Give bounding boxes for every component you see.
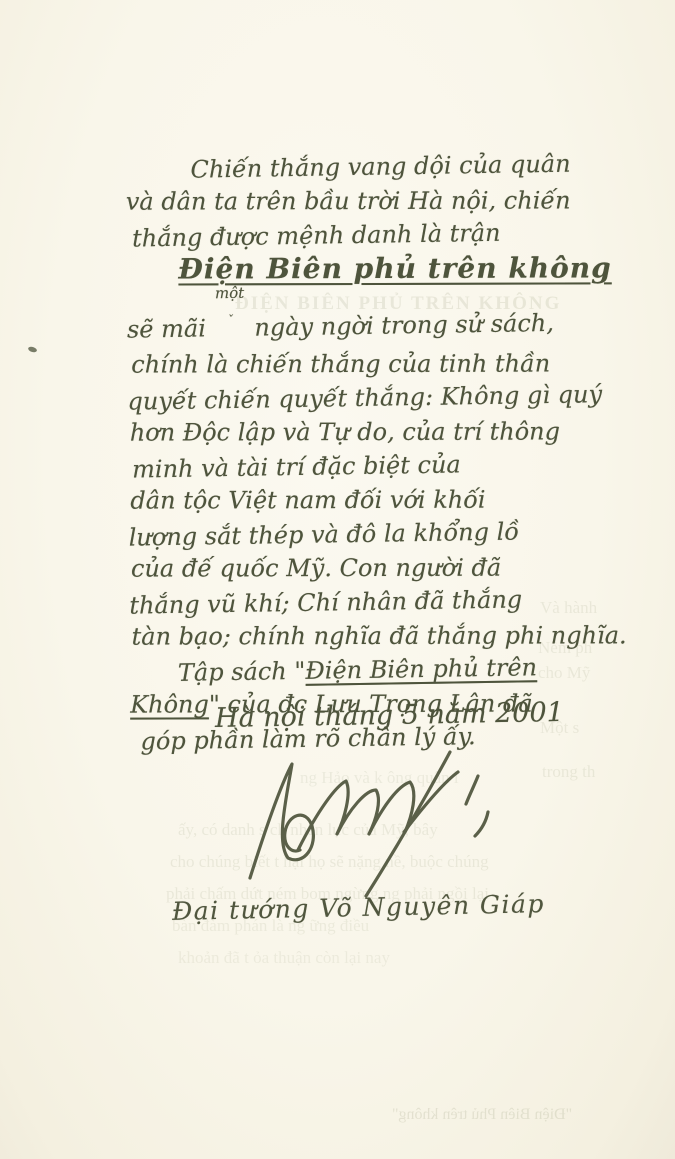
handwriting-segment: của đế quốc Mỹ. Con người đã	[131, 554, 501, 583]
handwriting-segment: Chiến thắng vang dội của quân	[190, 150, 570, 184]
handwriting-segment: lượng sắt thép và đô la khổng lồ	[129, 517, 520, 551]
handwritten-name-line: Đại tướng Võ Nguyên Giáp	[172, 889, 545, 926]
handwriting-line: và dân ta trên bầu trời Hà nội, chiến	[126, 183, 586, 218]
handwriting-line: lượng sắt thép và đô la khổng lồ	[128, 513, 588, 554]
handwriting-line: minh và tài trí đặc biệt của	[128, 445, 588, 486]
inserted-word: một	[215, 276, 245, 337]
handwriting-line: dân tộc Việt nam đối với khối	[128, 482, 588, 517]
handwriting-line: thắng được mệnh danh là trận	[126, 214, 586, 255]
handwriting-segment: ngày ngời trong sử sách,	[247, 309, 554, 342]
bleedthrough-text: khoản đã t ỏa thuận còn lại nay	[178, 948, 390, 968]
handwriting-segment: tàn bạo; chính nghĩa đã thắng phi nghĩa.	[132, 621, 627, 650]
handwriting-line: hơn Độc lập và Tự do, của trí thông	[128, 414, 588, 449]
indent-spacer	[126, 178, 191, 179]
handwriting-segment: hơn Độc lập và Tự do, của trí thông	[130, 417, 560, 446]
handwriting-line: sẽ mãi một ngày ngời trong sử sách,	[126, 282, 587, 350]
bleedthrough-text: trong th	[542, 762, 595, 782]
handwritten-date-line: Hà nội tháng 5 năm 2001	[215, 697, 564, 734]
handwriting-line: quyết chiến quyết thắng: Không gì quý	[127, 377, 587, 418]
handwriting-segment: và dân ta trên bầu trời Hà nội, chiến	[126, 186, 571, 215]
underlined-phrase: Không	[130, 690, 209, 718]
handwriting-segment: thắng vũ khí; Chí nhân đã thắng	[129, 585, 522, 619]
underlined-phrase: Điện Biên phủ trên	[305, 653, 537, 685]
signature-flourish	[238, 748, 548, 898]
handwriting-line: tàn bạo; chính nghĩa đã thắng phi nghĩa.	[130, 618, 590, 653]
handwriting-segment: quyết chiến quyết thắng: Không gì quý	[127, 380, 602, 415]
handwriting-line: Chiến thắng vang dội của quân	[125, 146, 585, 187]
handwriting-line: của đế quốc Mỹ. Con người đã	[129, 550, 589, 585]
indent-spacer	[130, 681, 178, 682]
handwriting-segment: minh và tài trí đặc biệt của	[132, 450, 461, 483]
handwriting-segment: dân tộc Việt nam đối với khối	[130, 486, 485, 515]
bleedthrough-text: "Điện Biên Phủ trên không"	[392, 1106, 572, 1124]
handwriting-heading-line: Điện Biên phủ trên không	[126, 251, 586, 286]
handwriting-segment: chính là chiến thắng của tinh thần	[131, 349, 550, 378]
handwriting-line: Tập sách "Điện Biên phủ trên	[130, 649, 590, 690]
handwriting-line: chính là chiến thắng của tinh thần	[127, 346, 587, 381]
ink-speck	[27, 346, 37, 354]
handwriting-segment: Tập sách "	[178, 657, 306, 687]
handwritten-text-block: Chiến thắng vang dội của quânvà dân ta t…	[125, 148, 590, 757]
handwriting-segment: thắng được mệnh danh là trận	[132, 219, 501, 253]
handwriting-line: thắng vũ khí; Chí nhân đã thắng	[129, 581, 589, 622]
scanned-letter-page: ĐIỆN BIÊN PHỦ TRÊN KHÔNGVà hànhNêm phcho…	[0, 0, 675, 1159]
handwriting-segment: sẽ mãi	[127, 314, 214, 343]
